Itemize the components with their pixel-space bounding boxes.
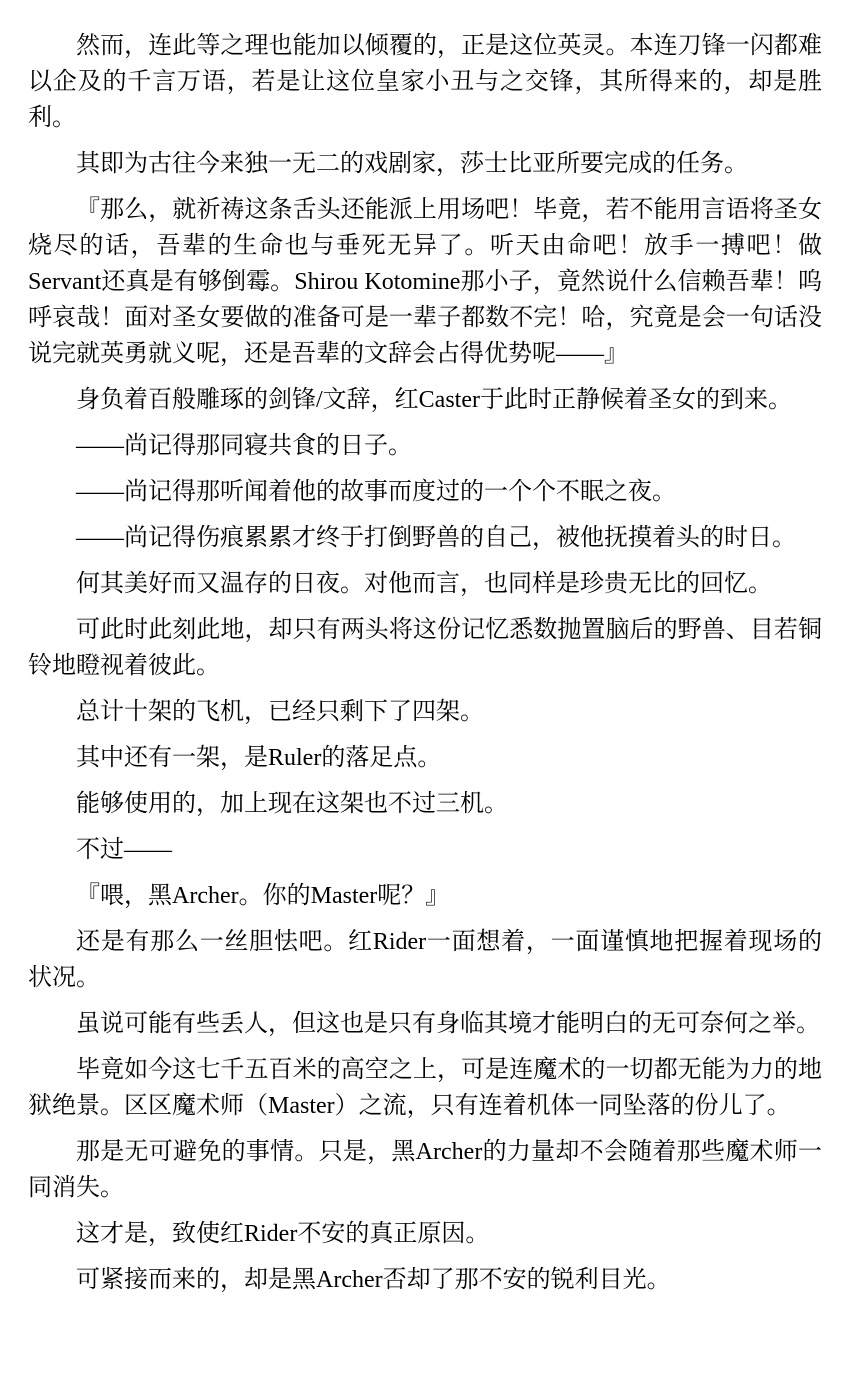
paragraph: 这才是，致使红Rider不安的真正原因。 [28, 1216, 822, 1252]
paragraph: 身负着百般雕琢的剑锋/文辞，红Caster于此时正静候着圣女的到来。 [28, 382, 822, 418]
paragraph: 然而，连此等之理也能加以倾覆的，正是这位英灵。本连刀锋一闪都难以企及的千言万语，… [28, 28, 822, 136]
paragraph: 其即为古往今来独一无二的戏剧家，莎士比亚所要完成的任务。 [28, 146, 822, 182]
paragraph: 能够使用的，加上现在这架也不过三机。 [28, 786, 822, 822]
paragraph: 总计十架的飞机，已经只剩下了四架。 [28, 694, 822, 730]
paragraph: 还是有那么一丝胆怯吧。红Rider一面想着，一面谨慎地把握着现场的状况。 [28, 924, 822, 996]
novel-page: 然而，连此等之理也能加以倾覆的，正是这位英灵。本连刀锋一闪都难以企及的千言万语，… [0, 0, 850, 1400]
paragraph: 那是无可避免的事情。只是，黑Archer的力量却不会随着那些魔术师一同消失。 [28, 1134, 822, 1206]
paragraph: 不过—— [28, 832, 822, 868]
paragraph: 『那么，就祈祷这条舌头还能派上用场吧！毕竟，若不能用言语将圣女烧尽的话，吾辈的生… [28, 192, 822, 372]
paragraph: 何其美好而又温存的日夜。对他而言，也同样是珍贵无比的回忆。 [28, 566, 822, 602]
paragraph: ——尚记得那听闻着他的故事而度过的一个个不眠之夜。 [28, 474, 822, 510]
paragraph: 可此时此刻此地，却只有两头将这份记忆悉数抛置脑后的野兽、目若铜铃地瞪视着彼此。 [28, 612, 822, 684]
paragraph: 毕竟如今这七千五百米的高空之上，可是连魔术的一切都无能为力的地狱绝景。区区魔术师… [28, 1052, 822, 1124]
paragraph: 其中还有一架，是Ruler的落足点。 [28, 740, 822, 776]
paragraph: 虽说可能有些丢人，但这也是只有身临其境才能明白的无可奈何之举。 [28, 1006, 822, 1042]
paragraph: ——尚记得伤痕累累才终于打倒野兽的自己，被他抚摸着头的时日。 [28, 520, 822, 556]
paragraph: 『喂，黑Archer。你的Master呢？』 [28, 878, 822, 914]
paragraph: 可紧接而来的，却是黑Archer否却了那不安的锐利目光。 [28, 1262, 822, 1298]
paragraph: ——尚记得那同寝共食的日子。 [28, 428, 822, 464]
